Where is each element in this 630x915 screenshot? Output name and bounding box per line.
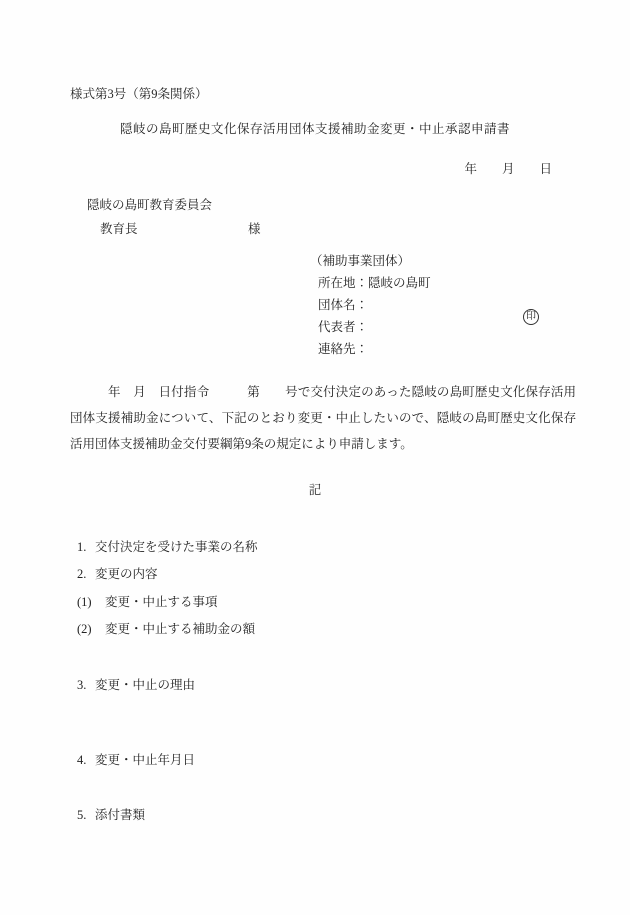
list-item-change-reason: 3. 変更・中止の理由 bbox=[77, 675, 195, 693]
application-form-page: 様式第3号（第9条関係） 隠岐の島町歴史文化保存活用団体支援補助金変更・中止承認… bbox=[0, 0, 630, 915]
item-text: 交付決定を受けた事業の名称 bbox=[95, 537, 258, 555]
list-item-change-amount: (2) 変更・中止する補助金の額 bbox=[77, 619, 255, 637]
item-number: 3. bbox=[77, 678, 95, 693]
item-text: 変更・中止する事項 bbox=[105, 592, 218, 610]
addressee-honorific: 様 bbox=[248, 222, 261, 236]
list-item-change-details: 2. 変更の内容 bbox=[77, 564, 158, 582]
item-text: 変更・中止の理由 bbox=[95, 675, 195, 693]
list-item-change-matters: (1) 変更・中止する事項 bbox=[77, 592, 218, 610]
item-number: (2) bbox=[77, 622, 105, 637]
applicant-group-name: 団体名： bbox=[310, 294, 431, 316]
form-number: 様式第3号（第9条関係） bbox=[70, 84, 208, 102]
list-item-attachments: 5. 添付書類 bbox=[77, 805, 145, 823]
applicant-heading: （補助事業団体） bbox=[310, 250, 431, 272]
item-number: 5. bbox=[77, 808, 95, 823]
body-paragraph: 年 月 日付指令 第 号で交付決定のあった隠岐の島町歴史文化保存活用団体支援補助… bbox=[70, 379, 576, 457]
addressee-organization: 隠岐の島町教育委員会 bbox=[87, 195, 212, 213]
item-number: 2. bbox=[77, 567, 95, 582]
applicant-block: （補助事業団体） 所在地：隠岐の島町 団体名： 代表者： 連絡先： bbox=[310, 250, 431, 360]
seal-stamp-icon: 印 bbox=[523, 309, 539, 325]
item-number: (1) bbox=[77, 595, 105, 610]
applicant-contact: 連絡先： bbox=[310, 338, 431, 360]
record-marker: 記 bbox=[0, 480, 630, 498]
item-text: 変更・中止年月日 bbox=[95, 750, 195, 768]
item-text: 添付書類 bbox=[95, 805, 145, 823]
list-item-project-name: 1. 交付決定を受けた事業の名称 bbox=[77, 537, 258, 555]
page-title: 隠岐の島町歴史文化保存活用団体支援補助金変更・中止承認申請書 bbox=[0, 119, 630, 137]
applicant-representative: 代表者： bbox=[310, 316, 431, 338]
item-text: 変更の内容 bbox=[95, 564, 158, 582]
item-number: 1. bbox=[77, 540, 95, 555]
item-text: 変更・中止する補助金の額 bbox=[105, 619, 255, 637]
item-number: 4. bbox=[77, 753, 95, 768]
applicant-location: 所在地：隠岐の島町 bbox=[310, 272, 431, 294]
addressee-line: 教育長様 bbox=[100, 219, 261, 237]
date-line: 年 月 日 bbox=[464, 159, 552, 177]
list-item-change-date: 4. 変更・中止年月日 bbox=[77, 750, 195, 768]
addressee-position: 教育長 bbox=[100, 219, 248, 237]
